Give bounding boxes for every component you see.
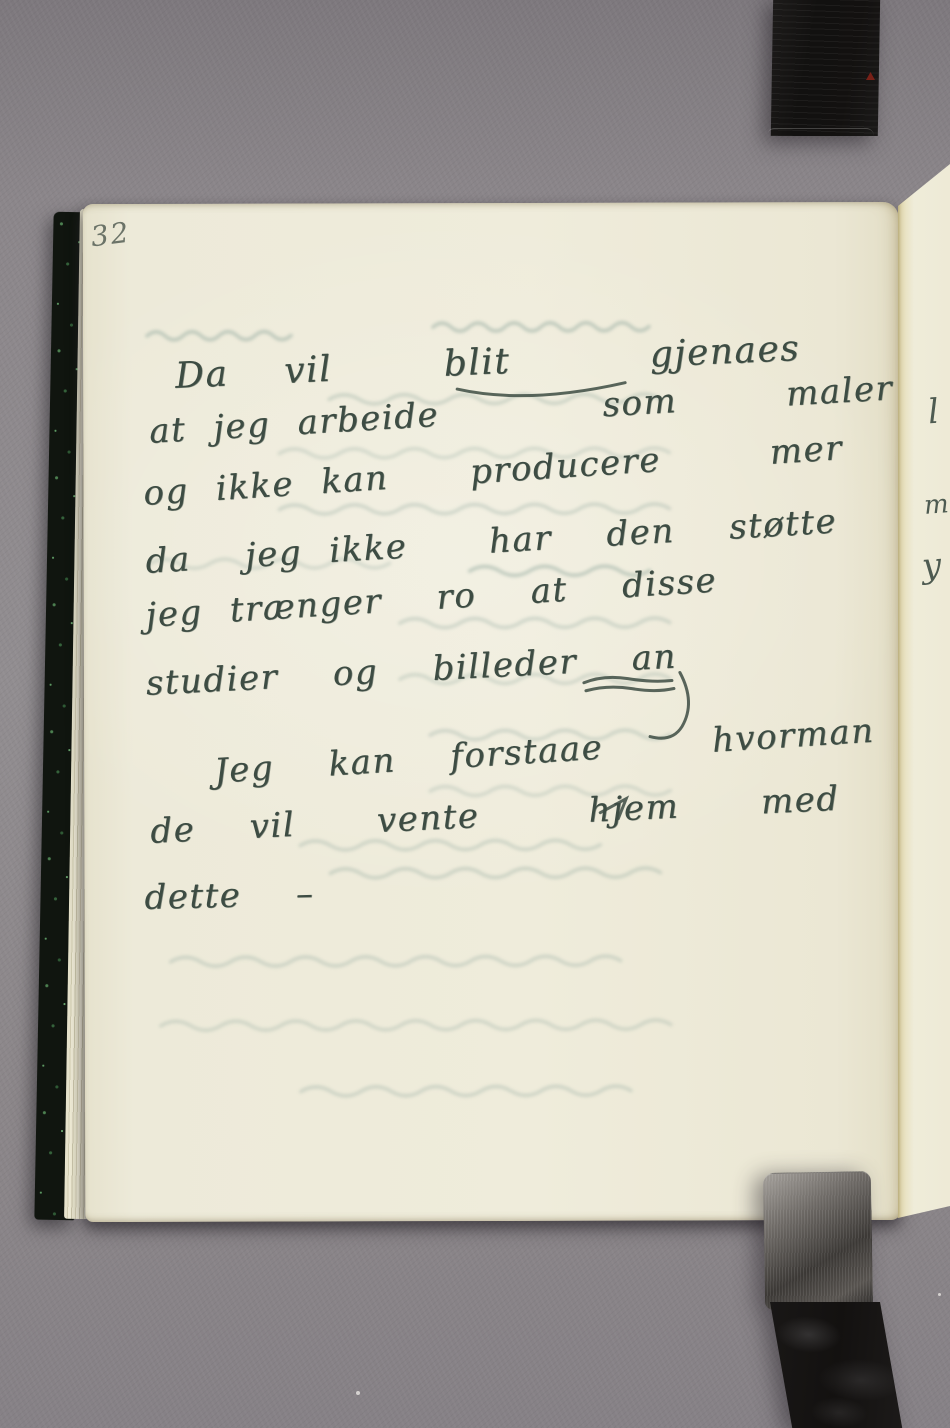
dust-speck [938, 1293, 941, 1296]
handwritten-line: da jeg ikke har den støtte [144, 501, 838, 581]
facing-page-edge: l m y [898, 160, 950, 1220]
facing-page-text-fragment: l [927, 392, 941, 433]
strap-metal-end [768, 128, 874, 260]
notebook-page: 32 Da vil blit gjenaes at jeg arbeide so… [83, 202, 902, 1222]
handwritten-line: Jeg kan forstaae hvorman [213, 711, 876, 792]
facing-page-text-fragment: y [921, 545, 943, 586]
handwritten-line: dette – [144, 874, 315, 918]
handwritten-line: studier og billeder an [145, 637, 678, 704]
photo-backdrop: 32 Da vil blit gjenaes at jeg arbeide so… [0, 0, 950, 1428]
facing-page-text-fragment: m [923, 489, 950, 521]
handwritten-line: de vil vente hjem med [149, 779, 840, 852]
page-number: 32 [89, 216, 132, 254]
dust-speck [356, 1391, 360, 1395]
strap-painted-section [770, 1302, 903, 1428]
strap-painted-section [771, 0, 880, 136]
strap-metal-end [763, 1171, 873, 1310]
